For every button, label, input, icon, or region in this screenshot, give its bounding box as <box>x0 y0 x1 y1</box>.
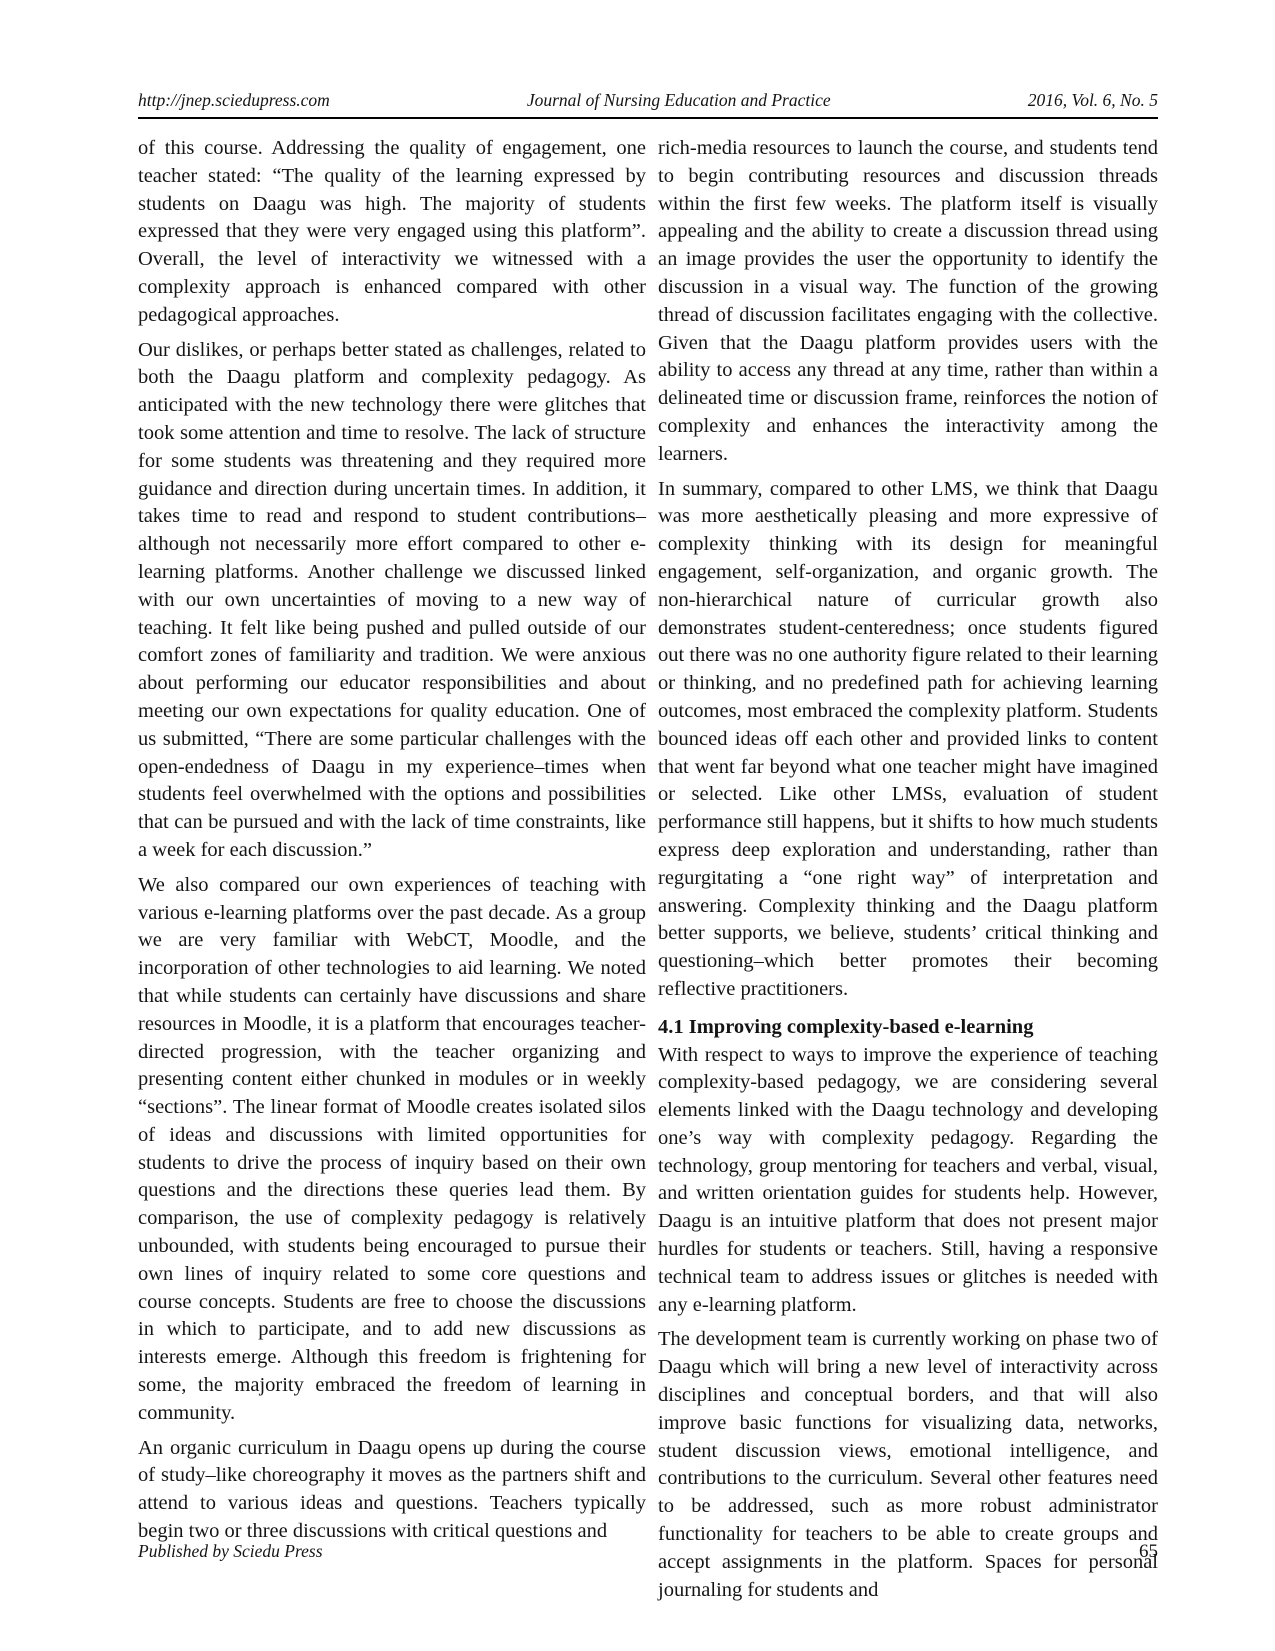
left-column: of this course. Addressing the quality o… <box>138 135 646 1611</box>
paragraph: With respect to ways to improve the expe… <box>658 1042 1158 1320</box>
journal-article-page: http://jnep.sciedupress.com Journal of N… <box>0 0 1275 1651</box>
page-header: http://jnep.sciedupress.com Journal of N… <box>138 90 1158 119</box>
header-issue-info: 2016, Vol. 6, No. 5 <box>1028 90 1158 111</box>
paragraph: of this course. Addressing the quality o… <box>138 135 646 330</box>
paragraph: An organic curriculum in Daagu opens up … <box>138 1435 646 1546</box>
right-column: rich-media resources to launch the cours… <box>658 135 1158 1611</box>
paragraph: In summary, compared to other LMS, we th… <box>658 476 1158 1004</box>
page-number: 65 <box>1139 1541 1158 1563</box>
page-footer: Published by Sciedu Press 65 <box>138 1541 1158 1563</box>
paragraph: Our dislikes, or perhaps better stated a… <box>138 337 646 865</box>
section-heading: 4.1 Improving complexity-based e-learnin… <box>658 1014 1158 1042</box>
paragraph: We also compared our own experiences of … <box>138 872 646 1428</box>
header-journal-title: Journal of Nursing Education and Practic… <box>527 90 831 111</box>
paragraph: rich-media resources to launch the cours… <box>658 135 1158 469</box>
publisher-note: Published by Sciedu Press <box>138 1541 323 1562</box>
header-journal-url: http://jnep.sciedupress.com <box>138 90 330 111</box>
article-body: of this course. Addressing the quality o… <box>138 135 1158 1611</box>
